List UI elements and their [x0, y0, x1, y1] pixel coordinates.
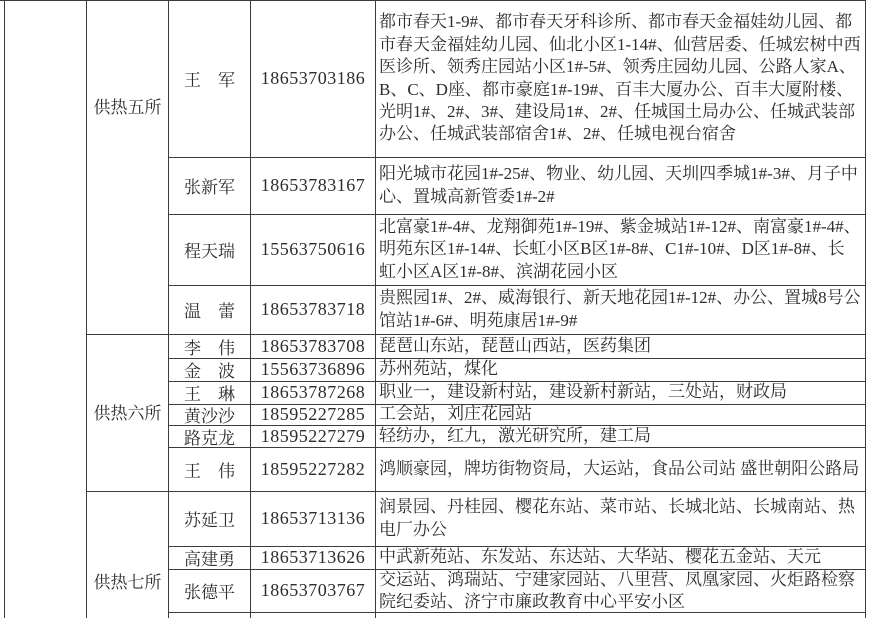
- contact-phone: 18653783167: [251, 157, 375, 214]
- contact-name: 王 军: [169, 0, 250, 157]
- contact-phone: 18595227282: [251, 447, 375, 491]
- contact-phone: 15563750616: [251, 214, 375, 285]
- contact-name: 黄沙沙: [169, 404, 250, 425]
- contact-name: 王 琳: [169, 381, 250, 404]
- service-area: 苏州苑站，煤化: [377, 358, 863, 381]
- contact-name: 路克龙: [169, 425, 250, 447]
- service-area: 贵熙园1#、2#、威海银行、新天地花园1#-12#、办公、置城8号公馆站1#-6…: [377, 285, 863, 334]
- service-area: 鸿顺豪园，牌坊街物资局，大运站，食品公司站 盛世朝阳公路局: [377, 447, 863, 491]
- contact-phone: 18653783708: [251, 334, 375, 358]
- contact-name: 王 伟: [169, 447, 250, 491]
- service-area-text: 中武新苑站、东发站、东达站、大华站、樱花五金站、天元: [379, 546, 821, 568]
- section-label-six: 供热六所: [87, 403, 168, 424]
- service-area-text: 鸿顺豪园，牌坊街物资局，大运站，食品公司站 盛世朝阳公路局: [379, 459, 859, 480]
- contact-name: 苏延卫: [169, 491, 250, 546]
- service-area-text: 交运站、鸿瑞站、宁建家园站、八里营、凤凰家园、火炬路检察院纪委站、济宁市廉政教育…: [379, 569, 861, 612]
- contact-phone: 18653783718: [251, 285, 375, 334]
- service-area-text: 琵琶山东站，琵琶山西站，医药集团: [379, 335, 651, 357]
- contact-name: 高建勇: [169, 546, 250, 569]
- service-area-text: 苏州苑站，煤化: [379, 358, 498, 380]
- service-area: 琵琶山东站，琵琶山西站，医药集团: [377, 334, 863, 358]
- contact-phone: 18595227285: [251, 404, 375, 425]
- table-col-border-section: [86, 0, 87, 618]
- service-area-text: 阳光城市花园1#-25#、物业、幼儿园、天圳四季城1#-3#、月子中心、置城高新…: [379, 163, 861, 208]
- service-area-text: 职业一，建设新村站，建设新村新站，三处站，财政局: [379, 381, 787, 403]
- service-area: 北富豪1#-4#、龙翔御苑1#-19#、紫金城站1#-12#、南富豪1#-4#、…: [377, 214, 863, 285]
- contact-phone: 18653713626: [251, 546, 375, 569]
- contact-name: 张德平: [169, 569, 250, 612]
- service-area: 轻纺办，红九，激光研究所，建工局: [377, 425, 863, 447]
- service-area: 中武新苑站、东发站、东达站、大华站、樱花五金站、天元: [377, 546, 863, 569]
- service-area: 职业一，建设新村站，建设新村新站，三处站，财政局: [377, 381, 863, 404]
- service-area: 润景园、丹桂园、樱花东站、菜市站、长城北站、长城南站、热电厂办公: [377, 491, 863, 546]
- contact-name: 张新军: [169, 157, 250, 214]
- service-area-text: 润景园、丹桂园、樱花东站、菜市站、长城北站、长城南站、热电厂办公: [379, 496, 861, 541]
- service-area: 都市春天1-9#、都市春天牙科诊所、都市春天金福娃幼儿园、都市春天金福娃幼儿园、…: [377, 0, 863, 157]
- service-area-text: 轻纺办，红九，激光研究所，建工局: [379, 425, 651, 447]
- contact-phone: 18653703186: [251, 0, 375, 157]
- contact-directory-table: 供热五所 供热六所 供热七所 王 军 18653703186 都市春天1-9#、…: [0, 0, 869, 618]
- contact-phone: 18653703767: [251, 569, 375, 612]
- service-area-text: 工会站，刘庄花园站: [379, 403, 532, 425]
- section-label-seven: 供热七所: [87, 572, 168, 593]
- contact-name: 李 伟: [169, 334, 250, 358]
- table-left-border: [4, 0, 5, 618]
- contact-phone: 18653787268: [251, 381, 375, 404]
- contact-phone: 18653713136: [251, 491, 375, 546]
- contact-name: 温 蕾: [169, 285, 250, 334]
- service-area-text: 贵熙园1#、2#、威海银行、新天地花园1#-12#、办公、置城8号公馆站1#-6…: [379, 287, 861, 332]
- service-area-text: 北富豪1#-4#、龙翔御苑1#-19#、紫金城站1#-12#、南富豪1#-4#、…: [379, 216, 861, 283]
- table-col-border-area: [375, 0, 376, 618]
- service-area-text: 都市春天1-9#、都市春天牙科诊所、都市春天金福娃幼儿园、都市春天金福娃幼儿园、…: [379, 11, 861, 145]
- table-right-border: [865, 0, 866, 618]
- contact-name: 程天瑞: [169, 214, 250, 285]
- service-area: 工会站，刘庄花园站: [377, 404, 863, 425]
- contact-phone: 18595227279: [251, 425, 375, 447]
- contact-phone: 15563736896: [251, 358, 375, 381]
- contact-name: 金 波: [169, 358, 250, 381]
- service-area: 阳光城市花园1#-25#、物业、幼儿园、天圳四季城1#-3#、月子中心、置城高新…: [377, 157, 863, 214]
- service-area: 交运站、鸿瑞站、宁建家园站、八里营、凤凰家园、火炬路检察院纪委站、济宁市廉政教育…: [377, 569, 863, 612]
- section-label-five: 供热五所: [87, 97, 168, 118]
- table-row-border: [168, 612, 866, 613]
